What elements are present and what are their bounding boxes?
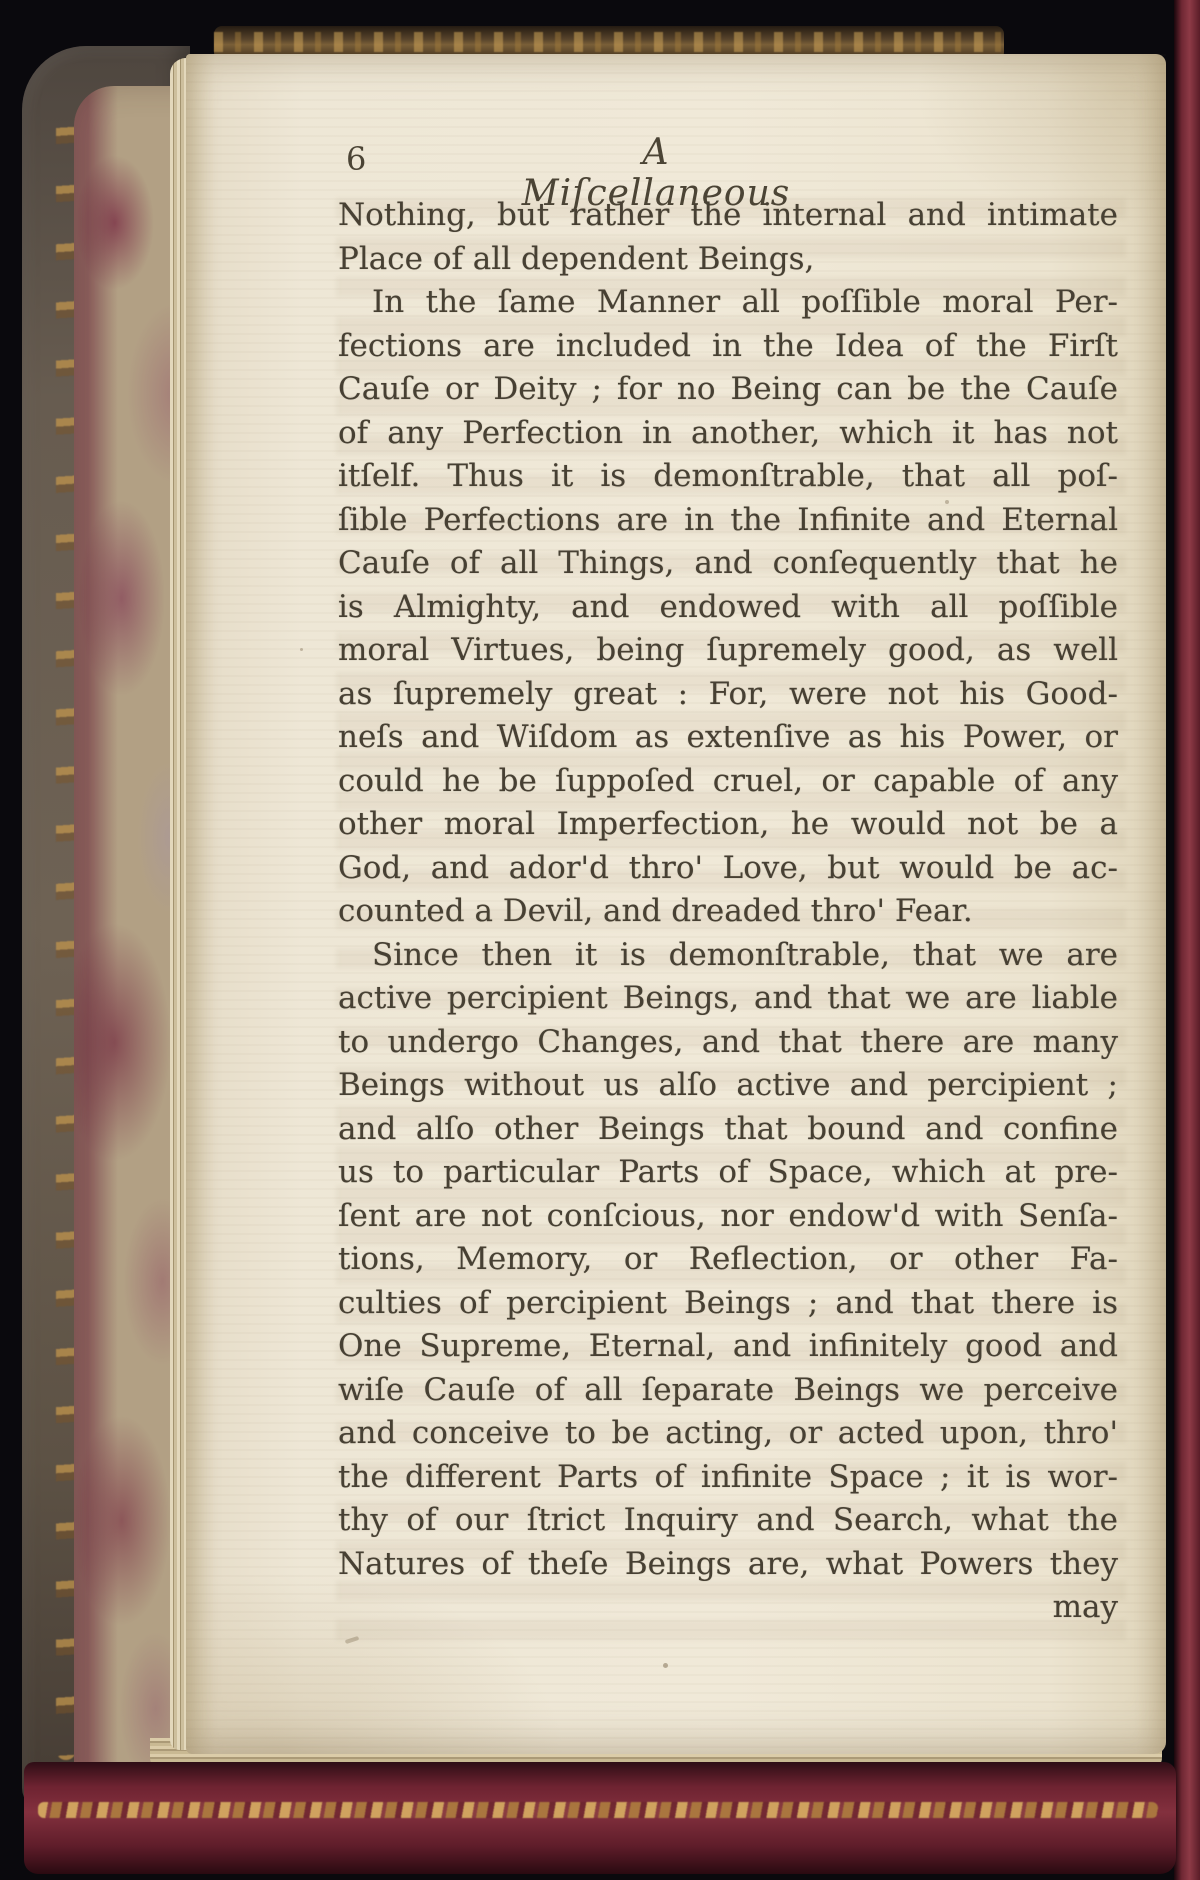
text-line: the different Parts of infinite Space ; …: [338, 1456, 1118, 1500]
text-line: is Almighty, and endowed with all poſſib…: [338, 586, 1118, 630]
text-line: Beings without us alſo active and percip…: [338, 1064, 1118, 1108]
catchword: may: [338, 1586, 1118, 1630]
text-line: wiſe Cauſe of all ſeparate Beings we per…: [338, 1369, 1118, 1413]
text-line: One Supreme, Eternal, and infinitely goo…: [338, 1325, 1118, 1369]
bottom-cover-leather: [24, 1762, 1176, 1874]
page-number: 6: [346, 140, 366, 178]
gold-tooling-line: [38, 1802, 1158, 1818]
paper-speck: [945, 500, 949, 504]
text-line: fections are included in the Idea of the…: [338, 325, 1118, 369]
text-line: Cauſe of all Things, and conſequently th…: [338, 542, 1118, 586]
text-line: ſent are not conſcious, nor endow'd with…: [338, 1195, 1118, 1239]
text-line: ſible Perfections are in the Infinite an…: [338, 499, 1118, 543]
text-line: Natures of theſe Beings are, what Powers…: [338, 1543, 1118, 1587]
paper-speck: [300, 648, 303, 651]
text-line: Nothing, but rather the internal and int…: [338, 194, 1118, 238]
text-line: of any Perfection in another, which it h…: [338, 412, 1118, 456]
text-line: active percipient Beings, and that we ar…: [338, 977, 1118, 1021]
text-line: and alſo other Beings that bound and con…: [338, 1108, 1118, 1152]
right-cover-edge: [1174, 0, 1200, 1880]
text-line: counted a Devil, and dreaded thro' Fear.: [338, 890, 1118, 934]
text-line: God, and ador'd thro' Love, but would be…: [338, 847, 1118, 891]
text-line: as ſupremely great : For, were not his G…: [338, 673, 1118, 717]
text-line: could he be ſuppoſed cruel, or capable o…: [338, 760, 1118, 804]
text-line: neſs and Wiſdom as extenſive as his Powe…: [338, 716, 1118, 760]
text-line: to undergo Changes, and that there are m…: [338, 1021, 1118, 1065]
text-line: Since then it is demonſtrable, that we a…: [338, 934, 1118, 978]
book-photo-scene: 6 A Miſcellaneous Nothing, but rather th…: [0, 0, 1200, 1880]
text-line: In the ſame Manner all poſſible moral Pe…: [338, 281, 1118, 325]
text-line: Place of all dependent Beings,: [338, 238, 1118, 282]
body-text: Nothing, but rather the internal and int…: [338, 194, 1118, 1586]
text-line: and conceive to be acting, or acted upon…: [338, 1412, 1118, 1456]
gilt-edge-crackle: [56, 110, 76, 1760]
text-line: thy of our ſtrict Inquiry and Search, wh…: [338, 1499, 1118, 1543]
text-line: other moral Imperfection, he would not b…: [338, 803, 1118, 847]
text-line: itſelf. Thus it is demonſtrable, that al…: [338, 455, 1118, 499]
text-line: tions, Memory, or Reflection, or other F…: [338, 1238, 1118, 1282]
book-page: 6 A Miſcellaneous Nothing, but rather th…: [186, 54, 1166, 1754]
text-line: Cauſe or Deity ; for no Being can be the…: [338, 368, 1118, 412]
text-line: moral Virtues, being ſupremely good, as …: [338, 629, 1118, 673]
text-line: us to particular Parts of Space, which a…: [338, 1151, 1118, 1195]
paper-speck: [663, 1663, 668, 1668]
text-line: culties of percipient Beings ; and that …: [338, 1282, 1118, 1326]
